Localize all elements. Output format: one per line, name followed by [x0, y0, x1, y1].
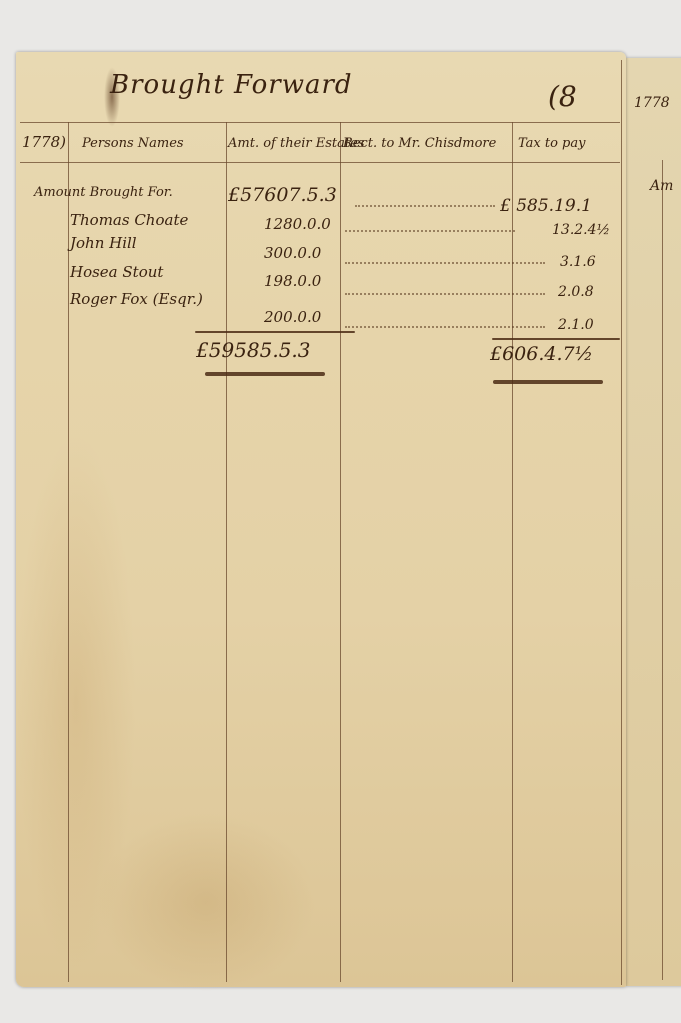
brought-forward-label: Amount Brought For. — [34, 185, 173, 200]
page-number: (8 — [548, 80, 577, 113]
sum-rule — [195, 331, 355, 333]
estate-amount: 198.0.0 — [264, 272, 321, 290]
column-rule-2 — [226, 122, 227, 982]
brought-forward-tax: £ 585.19.1 — [500, 196, 592, 216]
person-name: Roger Fox (Esqr.) — [70, 290, 203, 308]
leader-dots — [345, 293, 545, 295]
leader-dots — [345, 262, 545, 264]
column-header-tax: Tax to pay — [518, 136, 585, 151]
column-header-names: Persons Names — [82, 136, 184, 151]
person-name: Thomas Choate — [70, 211, 188, 229]
column-rule-1 — [68, 122, 69, 982]
leader-dots — [345, 326, 545, 328]
estate-total: £59585.5.3 — [196, 338, 311, 362]
column-header-received: Rect. to Mr. Chisdmore — [343, 136, 496, 151]
estate-amount: 1280.0.0 — [264, 215, 331, 233]
page-heading: Brought Forward — [110, 70, 353, 100]
page-edge-rule — [621, 60, 622, 985]
brought-forward-estate: £57607.5.3 — [228, 184, 337, 206]
tax-amount: 3.1.6 — [560, 254, 596, 270]
tax-amount: 2.1.0 — [558, 317, 594, 333]
total-underline — [205, 372, 325, 376]
estate-amount: 300.0.0 — [264, 244, 321, 262]
adjacent-page-year: 1778 — [634, 95, 670, 111]
estate-amount: 200.0.0 — [264, 308, 321, 326]
header-rule-bottom — [20, 162, 620, 163]
leader-dots — [355, 205, 495, 207]
adjacent-page-rule — [662, 160, 663, 980]
total-underline — [493, 380, 603, 384]
tax-amount: 13.2.4½ — [552, 222, 610, 238]
header-rule-top — [20, 122, 620, 123]
column-rule-3 — [340, 122, 341, 982]
person-name: John Hill — [70, 234, 137, 252]
person-name: Hosea Stout — [70, 263, 163, 281]
water-stain — [16, 432, 136, 972]
tax-total: £606.4.7½ — [490, 343, 593, 365]
adjacent-page — [626, 58, 681, 986]
water-stain — [96, 812, 316, 992]
tax-amount: 2.0.8 — [558, 284, 594, 300]
column-rule-4 — [512, 122, 513, 982]
sum-rule — [492, 338, 620, 340]
ledger-year: 1778) — [22, 133, 66, 151]
leader-dots — [345, 230, 515, 232]
adjacent-page-fragment: Am — [650, 178, 673, 194]
